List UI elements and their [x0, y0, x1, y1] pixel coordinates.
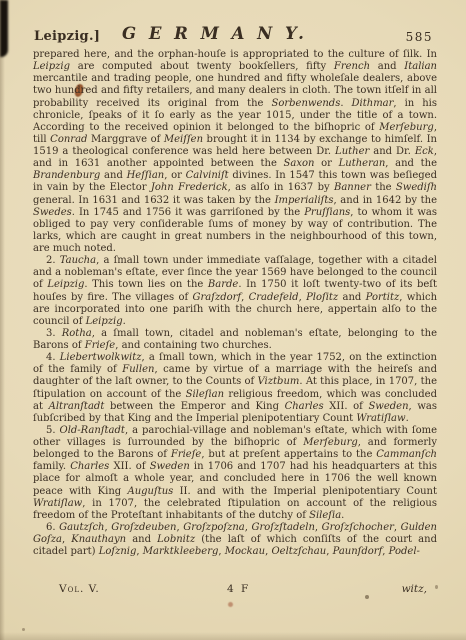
- text-run: Merſeburg: [303, 437, 358, 448]
- text-run: Graſzdorf: [193, 292, 242, 303]
- catchword: witz,: [402, 583, 427, 595]
- text-run: ,: [299, 292, 307, 303]
- text-run: Sweden: [150, 461, 190, 472]
- text-run: and: [126, 534, 157, 545]
- text-run: Charles: [285, 401, 324, 412]
- text-run: Podel-: [389, 546, 420, 557]
- text-run: Sileſian: [186, 389, 224, 400]
- text-run: Loſznig: [99, 546, 137, 557]
- text-run: Old-Ranſtadt: [60, 425, 125, 436]
- signature-mark: 4 F: [227, 583, 250, 595]
- volume-label: Vol. V.: [59, 583, 100, 595]
- text-run: ,: [245, 522, 252, 533]
- text-run: Eck: [415, 146, 434, 157]
- text-run: . In 1745 and 1756 it was garriſoned by …: [72, 207, 304, 218]
- text-run: Wratiſlaw: [356, 413, 405, 424]
- text-run: Altranſtadt: [49, 401, 105, 412]
- text-run: XII. of: [109, 461, 149, 472]
- text-run: Groſzſtadeln: [252, 522, 315, 533]
- text-run: Heſſian: [127, 170, 165, 181]
- text-run: , but at preſent appertains to the: [201, 449, 376, 460]
- text-run: , in 1707, the celebrated ſtipulation on…: [33, 498, 437, 521]
- page-title: G E R M A N Y.: [122, 24, 307, 43]
- text-run: Fullen: [122, 364, 154, 375]
- text-run: Oeltzſchau: [271, 546, 326, 557]
- text-run: French: [334, 61, 370, 72]
- text-run: between the Emperor and King: [104, 401, 284, 412]
- text-run: and: [338, 292, 365, 303]
- text-run: or: [314, 158, 338, 169]
- text-run: Leipzig: [33, 61, 70, 72]
- text-run: 3.: [46, 328, 62, 339]
- text-run: 4.: [46, 352, 60, 363]
- page-edge-shading: [0, 0, 5, 640]
- body-paragraph: 5. Old-Ranſtadt, a parochial-village and…: [33, 425, 437, 522]
- text-run: Sorbenwends: [271, 98, 340, 109]
- text-run: the: [371, 182, 396, 193]
- text-run: Groſzſchocher: [322, 522, 394, 533]
- text-run: Swedes: [33, 207, 72, 218]
- text-run: and: [100, 170, 126, 181]
- text-run: Sweden: [368, 401, 408, 412]
- text-run: . This town lies on the: [84, 279, 208, 290]
- text-run: Groſzpoſzna: [183, 522, 245, 533]
- text-run: are computed about twenty bookſellers, f…: [70, 61, 334, 72]
- text-run: Viztbum: [258, 376, 300, 387]
- text-run: Imperialiſts: [275, 195, 334, 206]
- text-run: Calviniſt: [186, 170, 229, 181]
- body-text: prepared here, and the orphan-houſe is a…: [33, 49, 437, 558]
- text-run: Pruſſians: [304, 207, 350, 218]
- body-paragraph: 4. Liebertwolkwitz, a ſmall town, which …: [33, 352, 437, 425]
- text-run: II. and with the Imperial plenipotentiar…: [173, 486, 437, 497]
- text-run: Dithmar: [352, 98, 394, 109]
- text-run: Meiſſen: [164, 134, 203, 145]
- text-run: Ploſitz: [306, 292, 338, 303]
- text-run: Taucha: [60, 255, 96, 266]
- text-run: Saxon: [284, 158, 315, 169]
- scan-edge-artifact: [0, 0, 8, 57]
- text-run: Wratiſlaw: [33, 498, 82, 509]
- text-run: , as alſo in 1637 by: [228, 182, 334, 193]
- body-paragraph: 3. Rotha, a ſmall town, citadel and nobl…: [33, 328, 437, 352]
- text-run: Lobnitz: [157, 534, 195, 545]
- text-run: , and in 1642 by the: [334, 195, 437, 206]
- text-run: Brandenburg: [33, 170, 100, 181]
- book-page: Leipzig.] G E R M A N Y. 585 prepared he…: [0, 0, 466, 640]
- text-run: Swediſh: [396, 182, 437, 193]
- text-run: Lutheran: [339, 158, 386, 169]
- text-run: 2.: [46, 255, 60, 266]
- text-run: Groſzdeuben: [111, 522, 176, 533]
- body-paragraph: prepared here, and the orphan-houſe is a…: [33, 49, 437, 255]
- running-title: Leipzig.]: [34, 29, 100, 44]
- text-run: Mockau: [225, 546, 265, 557]
- text-run: Knauthayn: [71, 534, 126, 545]
- text-run: 5.: [46, 425, 60, 436]
- text-run: Cradefeld: [249, 292, 299, 303]
- text-run: prepared here, and the orphan-houſe is a…: [33, 49, 437, 60]
- text-run: Gautzſch: [59, 522, 104, 533]
- text-run: Leipzig: [86, 316, 123, 327]
- text-run: Leipzig: [47, 279, 84, 290]
- text-run: Marggrave of: [87, 134, 163, 145]
- paper-speck: [22, 628, 25, 631]
- text-run: Frieſe: [85, 340, 115, 351]
- text-run: Merſeburg: [379, 122, 434, 133]
- text-run: , and containing two churches.: [115, 340, 272, 351]
- text-run: .: [340, 98, 351, 109]
- text-run: Banner: [334, 182, 371, 193]
- text-run: and Dr.: [369, 146, 415, 157]
- body-paragraph: 6. Gautzſch, Groſzdeuben, Groſzpoſzna, G…: [33, 522, 437, 558]
- text-run: Frieſe: [171, 449, 201, 460]
- text-run: , and the: [385, 158, 437, 169]
- text-run: Auguſtus: [127, 486, 173, 497]
- text-run: Barde: [208, 279, 238, 290]
- text-run: .: [341, 510, 344, 521]
- page-footer: Vol. V. 4 F witz,: [33, 583, 437, 598]
- text-run: Charles: [70, 461, 109, 472]
- text-run: Cammanſch: [376, 449, 437, 460]
- text-run: Italian: [404, 61, 437, 72]
- text-run: Sileſia: [309, 510, 341, 521]
- text-run: , or: [164, 170, 185, 181]
- page-number: 585: [406, 30, 433, 44]
- text-run: family.: [33, 461, 70, 472]
- text-run: ,: [62, 534, 71, 545]
- paper-speck: [228, 602, 233, 607]
- text-run: ,: [394, 522, 401, 533]
- body-paragraph: 2. Taucha, a ſmall town under immediate …: [33, 255, 437, 328]
- text-run: Rotha: [62, 328, 92, 339]
- text-run: XII. of: [324, 401, 369, 412]
- text-run: Conrad: [50, 134, 87, 145]
- text-run: ,: [241, 292, 249, 303]
- text-run: John Frederick: [151, 182, 228, 193]
- text-run: Marktkleeberg: [143, 546, 219, 557]
- page-edge-shading-bottom: [0, 632, 466, 640]
- text-run: .: [406, 413, 409, 424]
- text-run: ,: [315, 522, 322, 533]
- text-run: 6.: [46, 522, 59, 533]
- text-run: .: [123, 316, 126, 327]
- text-run: general. In 1631 and 1632 it was taken b…: [33, 195, 275, 206]
- text-run: Liebertwolkwitz: [60, 352, 142, 363]
- text-run: Luther: [335, 146, 369, 157]
- text-run: and: [370, 61, 404, 72]
- text-run: Portitz: [366, 292, 400, 303]
- text-run: Paunſdorf: [333, 546, 383, 557]
